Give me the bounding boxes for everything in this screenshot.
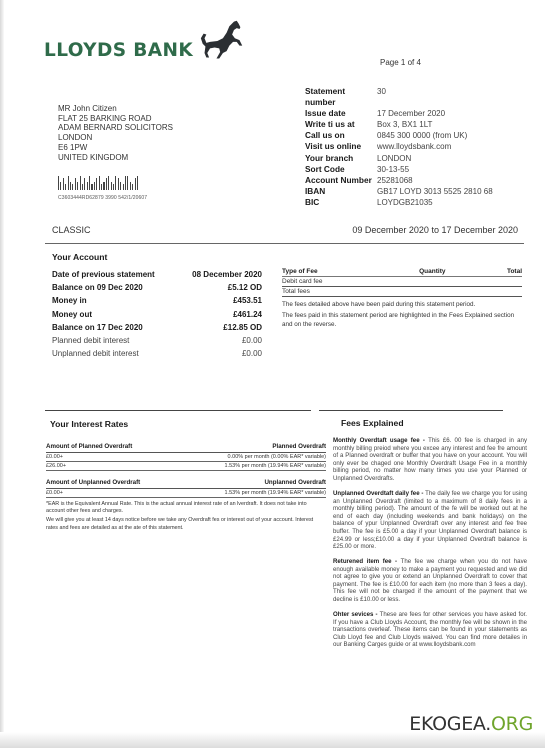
rate-value: 0.00% per month (0.00% EAR* variable) [228,454,326,460]
info-label: Sort Code [305,164,377,175]
product-name: CLASSIC [52,225,91,235]
fees-note: The fees paid in this statement period a… [282,312,522,329]
fee-explanation: Monthly Overdtaft usage fee - This £6. 0… [333,437,527,483]
account-row: Date of previous statement08 December 20… [52,268,262,281]
customer-address: MR John CitizenFLAT 25 BARKING ROADADAM … [58,104,173,162]
bank-name: LLOYDS BANK [44,40,193,61]
statement-info-row: Visit us onlinewww.lloydsbank.com [305,141,493,152]
info-label: Account Number [305,175,377,186]
info-label: Call us on [305,130,377,141]
rate-amount: £26.00+ [46,463,66,469]
fees-explained: Monthly Overdtaft usage fee - This £6. 0… [333,437,527,656]
address-line: ADAM BERNARD SOLICITORS [58,123,173,133]
info-label: BIC [305,197,377,208]
fees-explained-title: Fees Explained [341,418,404,428]
planned-header: Amount of Planned Overdraft Planned Over… [46,443,326,453]
fees-table: Type of Fee Quantity Total Debit card fe… [282,268,522,329]
account-value: £12.85 OD [223,323,262,332]
page-edge [0,0,4,748]
fee-term: Ohter sevices - [333,611,380,618]
barcode [58,176,138,190]
fee-total-header: Total [507,268,522,275]
address-line: UNITED KINGDOM [58,153,173,163]
address-line: FLAT 25 BARKING ROAD [58,114,173,124]
info-label: Statement number [305,86,377,108]
account-label: Unplanned debit interest [52,349,139,358]
rate-amount: £0.00+ [46,454,63,460]
statement-period: 09 December 2020 to 17 December 2020 [352,225,518,235]
account-value: £0.00 [242,336,262,345]
fee-quantity-header: Quantity [419,268,445,275]
unplanned-rate-header: Unplanned Overdraft [264,479,326,486]
fee-total-row: Total fees [282,287,522,297]
account-row: Money in£453.51 [52,294,262,307]
info-value: Box 3, BX1 1LT [377,119,432,130]
divider [45,410,311,411]
fee-description: This £6. 00 fee is charged in any monthl… [333,437,527,482]
statement-info-row: IBANGB17 LOYD 3013 5525 2810 68 [305,186,493,197]
rate-value: 1.53% per month (19.94% EAR* variable) [225,463,327,469]
account-row: Unplanned debit interest£0.00 [52,347,262,360]
account-label: Date of previous statement [52,270,155,279]
rate-value: 1.53% per month (19.94% EAR* variable) [225,490,327,496]
statement-info-row: Issue date17 December 2020 [305,108,493,119]
statement-info-row: BICLOYDGB21035 [305,197,493,208]
account-row: Money out£461.24 [52,308,262,321]
account-value: £5.12 OD [228,283,262,292]
account-row: Balance on 17 Dec 2020£12.85 OD [52,321,262,334]
info-value: GB17 LOYD 3013 5525 2810 68 [377,186,493,197]
black-horse-icon [199,18,245,64]
rate-row: £0.00+ 1.53% per month (19.94% EAR* vari… [46,489,326,498]
fees-note: The fees detailed above have been paid d… [282,301,522,309]
statement-info-row: Account Number25281068 [305,175,493,186]
info-value: LONDON [377,153,411,164]
info-value: www.lloydsbank.com [377,141,451,152]
fee-description: The fee we charge when you do not have e… [333,558,527,603]
interest-rates-table: Amount of Planned Overdraft Planned Over… [46,443,326,532]
rate-amount: £0.00+ [46,490,63,496]
info-label: IBAN [305,186,377,197]
statement-info-row: Write ti us atBox 3, BX1 1LT [305,119,493,130]
account-value: £0.00 [242,349,262,358]
address-line: MR John Citizen [58,104,173,114]
account-row: Balance on 09 Dec 2020£5.12 OD [52,281,262,294]
statement-info-row: Statement number30 [305,86,493,108]
rate-row: £26.00+ 1.53% per month (19.94% EAR* var… [46,462,326,471]
divider [45,243,524,244]
rate-row: £0.00+ 0.00% per month (0.00% EAR* varia… [46,453,326,462]
planned-amount-header: Amount of Planned Overdraft [46,443,132,450]
account-value: £453.51 [233,296,262,305]
account-label: Balance on 17 Dec 2020 [52,323,143,332]
unplanned-header: Amount of Unplanned Overdraft Unplanned … [46,479,326,489]
info-label: Visit us online [305,141,377,152]
info-value: 25281068 [377,175,413,186]
fees-table-header: Type of Fee Quantity Total [282,268,522,277]
info-label: Write ti us at [305,119,377,130]
interest-rates-title: Your Interest Rates [50,419,128,429]
account-label: Money out [52,310,92,319]
ear-footnote: *EAR is the Equivalent Annual Rate. This… [46,501,326,515]
unplanned-amount-header: Amount of Unplanned Overdraft [46,479,140,486]
info-label: Your branch [305,153,377,164]
account-label: Balance on 09 Dec 2020 [52,283,143,292]
barcode-text: C3603444RD62879 3990 542/1/20607 [58,195,147,201]
address-line: E6 1PW [58,143,173,153]
fee-explanation: Ohter sevices - These are fees for other… [333,611,527,649]
statement-info-row: Your branchLONDON [305,153,493,164]
your-account-title: Your Account [52,252,107,262]
info-value: 0845 300 0000 (from UK) [377,130,467,141]
statement-info: Statement number30Issue date17 December … [305,86,493,208]
account-summary: Date of previous statement08 December 20… [52,268,262,360]
page-bottom-shade [0,732,545,748]
statement-info-row: Sort Code30-13-55 [305,164,493,175]
account-row: Planned debit interest£0.00 [52,334,262,347]
page-number: Page 1 of 4 [380,58,421,67]
account-value: £461.24 [233,310,262,319]
statement-info-row: Call us on0845 300 0000 (from UK) [305,130,493,141]
info-value: 30 [377,86,386,108]
account-label: Planned debit interest [52,336,129,345]
fee-type-header: Type of Fee [282,268,318,275]
planned-rate-header: Planned Overdraft [272,443,326,450]
bank-logo: LLOYDS BANK [44,36,245,64]
fee-term: Monthly Overdtaft usage fee - [333,437,428,444]
notice-footnote: We will give you at least 14 days notice… [46,517,326,531]
fee-row: Debit card fee [282,277,522,287]
account-value: 08 December 2020 [192,270,262,279]
fee-term: Unplanned Overdtaft daily fee - [333,490,425,497]
info-value: 17 December 2020 [377,108,445,119]
divider [319,410,503,411]
fee-description: The daily fee we charge you for using an… [333,490,527,550]
info-value: LOYDGB21035 [377,197,433,208]
account-label: Money in [52,296,87,305]
info-value: 30-13-55 [377,164,409,175]
fee-term: Returened item fee - [333,558,401,565]
fee-explanation: Returened item fee - The fee we charge w… [333,558,527,604]
address-line: LONDON [58,133,173,143]
fee-explanation: Unplanned Overdtaft daily fee - The dail… [333,490,527,551]
info-label: Issue date [305,108,377,119]
